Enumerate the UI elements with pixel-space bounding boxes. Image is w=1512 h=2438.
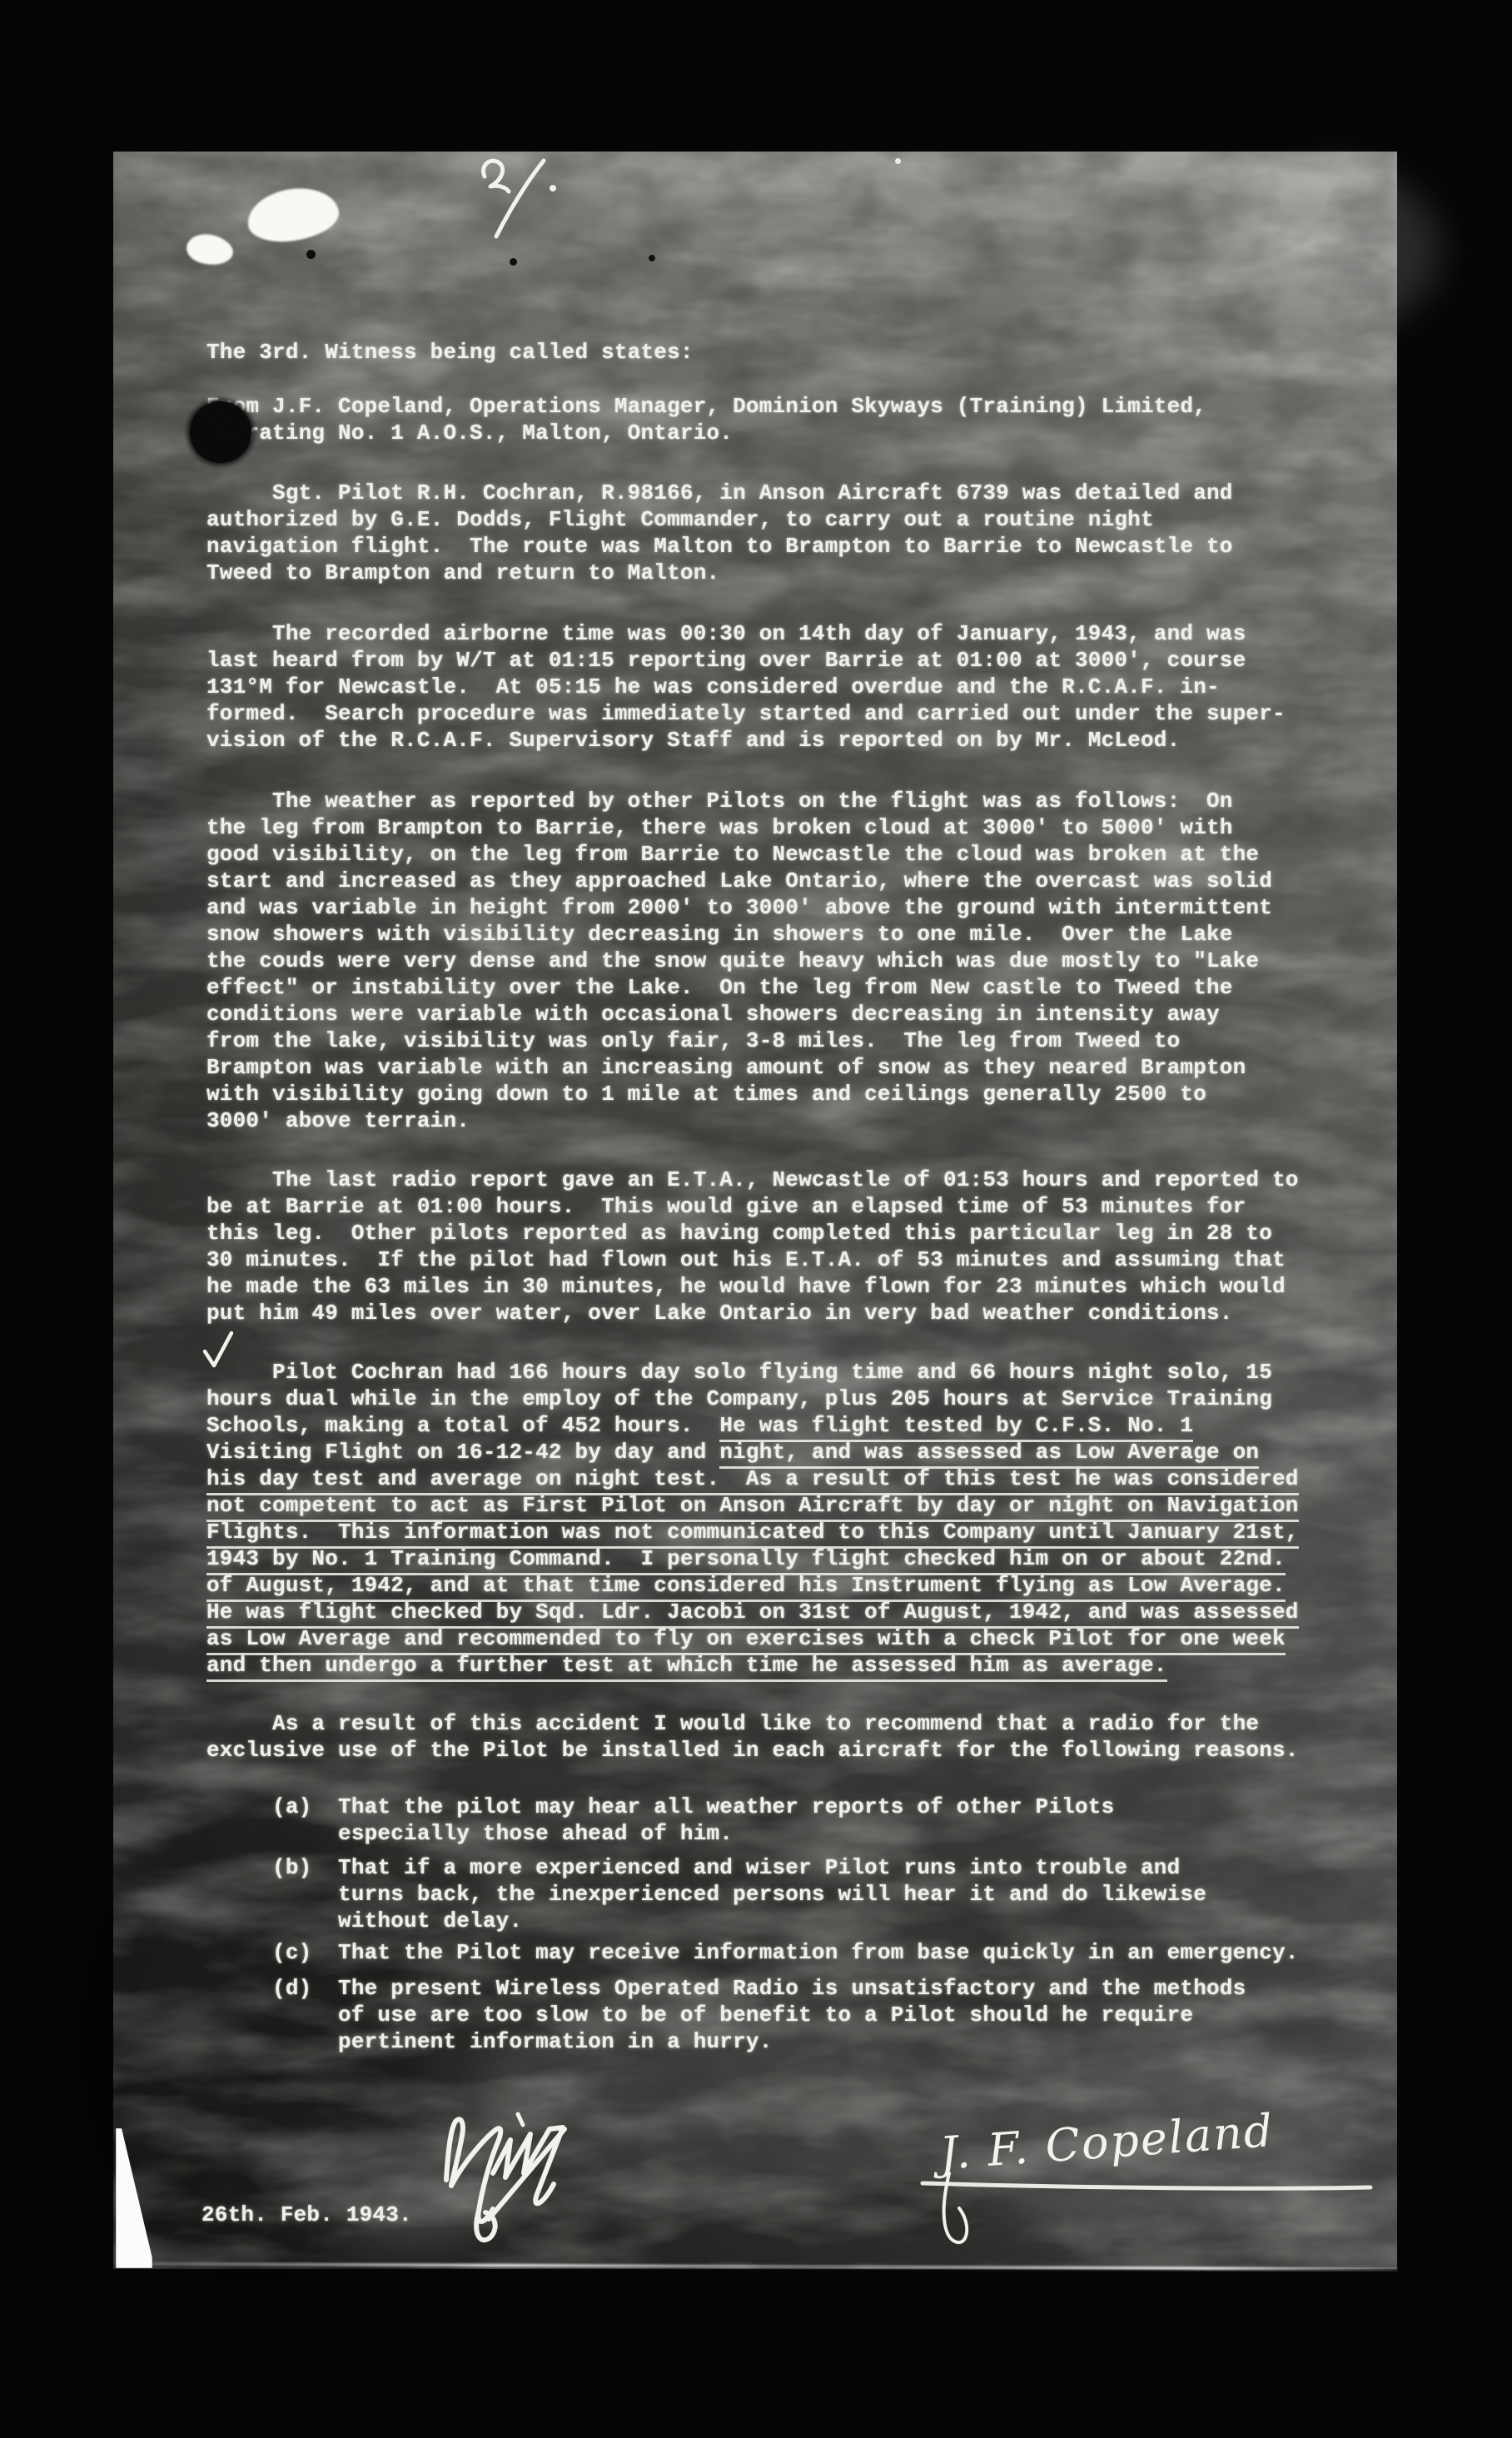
- underlined-segment: his day test and average on night test. …: [206, 1466, 1299, 1495]
- typed-line: 30 minutes. If the pilot had flown out h…: [206, 1247, 1286, 1272]
- typed-line: (a) That the pilot may hear all weather …: [206, 1794, 1114, 1819]
- typed-line: (b) That if a more experienced and wiser…: [206, 1855, 1180, 1880]
- typed-line: good visibility, on the leg from Barrie …: [206, 842, 1259, 867]
- typed-line: effect" or instability over the Lake. On…: [206, 975, 1233, 1000]
- typed-line: The last radio report gave an E.T.A., Ne…: [206, 1167, 1299, 1192]
- underlined-segment: not competent to act as First Pilot on A…: [206, 1493, 1299, 1522]
- typed-line: start and increased as they approached L…: [206, 868, 1272, 893]
- typed-line: Schools, making a total of 452 hours. He…: [206, 1413, 1193, 1438]
- dust-speck: [649, 255, 655, 261]
- typed-line: especially those ahead of him.: [206, 1821, 733, 1846]
- dust-speck: [550, 185, 556, 192]
- typed-line: The recorded airborne time was 00:30 on …: [206, 621, 1246, 646]
- typed-line: Tweed to Brampton and return to Malton.: [206, 560, 719, 585]
- typed-line: this leg. Other pilots reported as havin…: [206, 1221, 1272, 1246]
- hole-punch: [190, 401, 251, 463]
- typed-line: as Low Average and recommended to fly on…: [206, 1626, 1286, 1651]
- typed-line: navigation flight. The route was Malton …: [206, 534, 1233, 559]
- typed-line: the leg from Brampton to Barrie, there w…: [206, 815, 1233, 840]
- underlined-segment: as Low Average and recommended to fly on…: [206, 1626, 1286, 1655]
- underlined-segment: 1943 by No. 1 Training Command. I person…: [206, 1546, 1286, 1575]
- witness-initials-signature: [412, 2094, 604, 2273]
- underlined-segment: Flights. This information was not commun…: [206, 1520, 1299, 1549]
- signature-underline: [923, 2183, 1370, 2188]
- typed-line: (d) The present Wireless Operated Radio …: [206, 1976, 1246, 2001]
- typed-line: The weather as reported by other Pilots …: [206, 789, 1233, 813]
- typed-line: 131°M for Newcastle. At 05:15 he was con…: [206, 674, 1220, 699]
- typed-line: (c) That the Pilot may receive informati…: [206, 1940, 1299, 1965]
- typed-line: As a result of this accident I would lik…: [206, 1711, 1259, 1736]
- typed-line: the couds were very dense and the snow q…: [206, 948, 1259, 973]
- handwritten-page-mark: [454, 150, 562, 246]
- checkmark-annotation: [200, 1328, 237, 1370]
- typed-line: hours dual while in the employ of the Co…: [206, 1386, 1272, 1411]
- typed-line: his day test and average on night test. …: [206, 1466, 1299, 1491]
- typed-line: of use are too slow to be of benefit to …: [206, 2003, 1193, 2028]
- dust-speck: [895, 158, 901, 164]
- typed-line: pertinent information in a hurry.: [206, 2029, 773, 2054]
- typed-line: Sgt. Pilot R.H. Cochran, R.98166, in Ans…: [206, 480, 1233, 505]
- heading-line: The 3rd. Witness being called states:: [206, 340, 694, 365]
- date-line: 26th. Feb. 1943.: [201, 2202, 412, 2227]
- typed-segment: Visiting Flight on 16-12-42 by day and: [206, 1440, 719, 1465]
- copeland-signature: J. F. Copeland: [908, 2082, 1415, 2269]
- typed-line: vision of the R.C.A.F. Supervisory Staff…: [206, 728, 1180, 753]
- typed-line: he made the 63 miles in 30 minutes, he w…: [206, 1274, 1286, 1299]
- typed-line: be at Barrie at 01:00 hours. This would …: [206, 1194, 1246, 1219]
- typed-line: Brampton was variable with an increasing…: [206, 1055, 1246, 1080]
- typed-line: 3000' above terrain.: [206, 1108, 470, 1133]
- typed-line: formed. Search procedure was immediately…: [206, 701, 1286, 726]
- typed-line: of August, 1942, and at that time consid…: [206, 1573, 1286, 1598]
- typed-line: Operating No. 1 A.O.S., Malton, Ontario.: [206, 420, 733, 445]
- typed-line: turns back, the inexperienced persons wi…: [206, 1882, 1206, 1907]
- typed-line: snow showers with visibility decreasing …: [206, 922, 1233, 947]
- typed-line: and was variable in height from 2000' to…: [206, 895, 1272, 920]
- underlined-segment: He was flight tested by C.F.S. No. 1: [719, 1413, 1193, 1442]
- typed-line: 1943 by No. 1 Training Command. I person…: [206, 1546, 1286, 1571]
- typed-line: Visiting Flight on 16-12-42 by day and n…: [206, 1440, 1259, 1465]
- typed-text-layer: The 3rd. Witness being called states: Fr…: [0, 0, 1512, 2438]
- underlined-segment: night, and was assessed as Low Average o…: [719, 1440, 1259, 1469]
- typed-line: last heard from by W/T at 01:15 reportin…: [206, 648, 1246, 673]
- typed-line: authorized by G.E. Dodds, Flight Command…: [206, 507, 1154, 532]
- dust-speck: [306, 250, 316, 259]
- typed-line: put him 49 miles over water, over Lake O…: [206, 1301, 1233, 1326]
- underlined-segment: and then undergo a further test at which…: [206, 1653, 1167, 1682]
- typed-line: not competent to act as First Pilot on A…: [206, 1493, 1299, 1518]
- typed-line: Flights. This information was not commun…: [206, 1520, 1299, 1545]
- typed-line: without delay.: [206, 1908, 522, 1933]
- typed-line: from the lake, visibility was only fair,…: [206, 1028, 1180, 1053]
- typed-line: with visibility going down to 1 mile at …: [206, 1082, 1206, 1107]
- underlined-segment: of August, 1942, and at that time consid…: [206, 1573, 1286, 1602]
- signature-name-text: J. F. Copeland: [930, 2104, 1276, 2181]
- photo-mount: The 3rd. Witness being called states: Fr…: [0, 0, 1512, 2438]
- typed-line: He was flight checked by Sqd. Ldr. Jacob…: [206, 1600, 1299, 1625]
- underlined-segment: He was flight checked by Sqd. Ldr. Jacob…: [206, 1600, 1299, 1629]
- typed-line: and then undergo a further test at which…: [206, 1653, 1167, 1678]
- typed-line: conditions were variable with occasional…: [206, 1002, 1220, 1027]
- typed-line: Pilot Cochran had 166 hours day solo fly…: [206, 1360, 1272, 1385]
- typed-line: From J.F. Copeland, Operations Manager, …: [206, 394, 1206, 419]
- dust-speck: [510, 258, 517, 266]
- typed-line: exclusive use of the Pilot be installed …: [206, 1738, 1299, 1763]
- typed-segment: Schools, making a total of 452 hours.: [206, 1413, 719, 1438]
